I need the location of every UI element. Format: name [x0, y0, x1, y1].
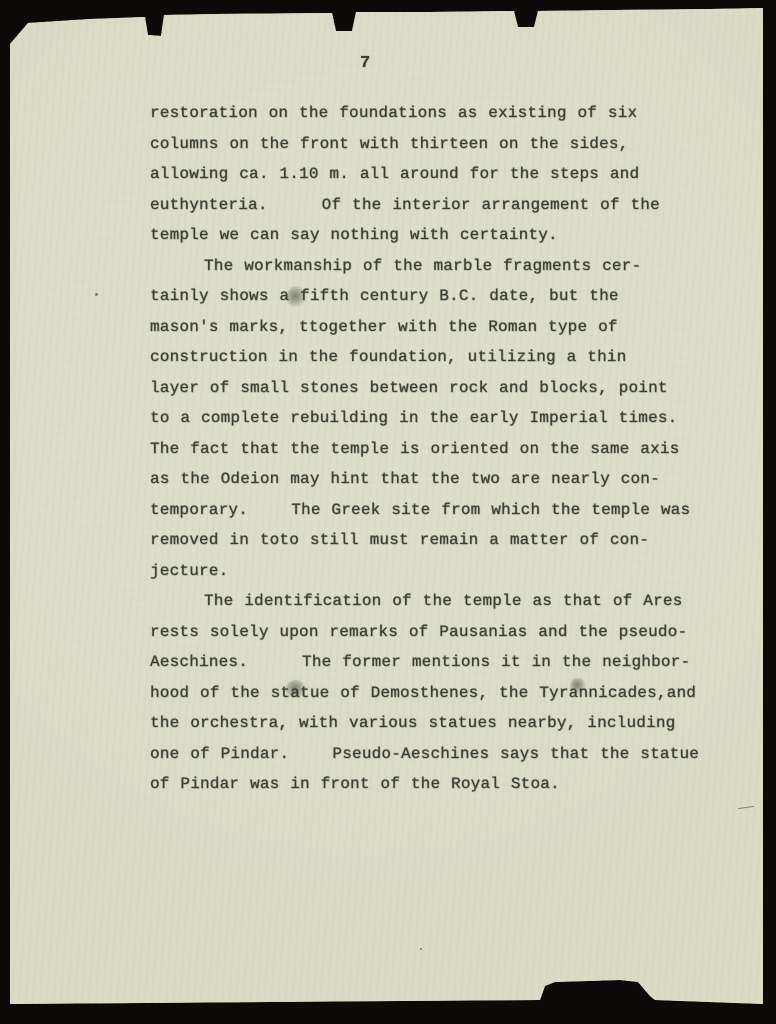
text-line: restoration on the foundations as existi…: [150, 98, 699, 129]
text-line: mason's marks, ttogether with the Roman …: [150, 312, 699, 343]
text-line: columns on the front with thirteen on th…: [150, 129, 699, 160]
text-line: construction in the foundation, utilizin…: [150, 342, 699, 373]
text-line: of Pindar was in front of the Royal Stoa…: [150, 769, 699, 800]
text-line: hood of the statue of Demosthenes, the T…: [150, 678, 699, 709]
text-line: rests solely upon remarks of Pausanias a…: [150, 617, 699, 648]
text-line: allowing ca. 1.10 m. all around for the …: [150, 159, 699, 190]
text-line: one of Pindar. Pseudo-Aeschines says tha…: [150, 739, 699, 770]
page-number: 7: [360, 54, 370, 73]
scanned-photo-backdrop: 7 restoration on the foundations as exis…: [0, 0, 776, 1024]
text-line: to a complete rebuilding in the early Im…: [150, 403, 699, 434]
text-line: removed in toto still must remain a matt…: [150, 525, 699, 556]
text-line: The identification of the temple as that…: [150, 586, 699, 617]
text-line: as the Odeion may hint that the two are …: [150, 464, 699, 495]
text-line: layer of small stones between rock and b…: [150, 373, 699, 404]
text-line: The fact that the temple is oriented on …: [150, 434, 699, 465]
text-line: the orchestra, with various statues near…: [150, 708, 699, 739]
dust-speck: [95, 293, 98, 296]
paper-sheet: 7 restoration on the foundations as exis…: [10, 8, 763, 1006]
dust-speck: [420, 948, 422, 950]
text-line: temple we can say nothing with certainty…: [150, 220, 699, 251]
text-line: temporary. The Greek site from which the…: [150, 495, 699, 526]
typewritten-text: restoration on the foundations as existi…: [150, 98, 699, 800]
text-line: The workmanship of the marble fragments …: [150, 251, 699, 282]
text-line: euthynteria. Of the interior arrangement…: [150, 190, 699, 221]
text-line: tainly shows a fifth century B.C. date, …: [150, 281, 699, 312]
paper-edge-crack: [738, 806, 754, 809]
text-line: Aeschines. The former mentions it in the…: [150, 647, 699, 678]
text-line: jecture.: [150, 556, 699, 587]
